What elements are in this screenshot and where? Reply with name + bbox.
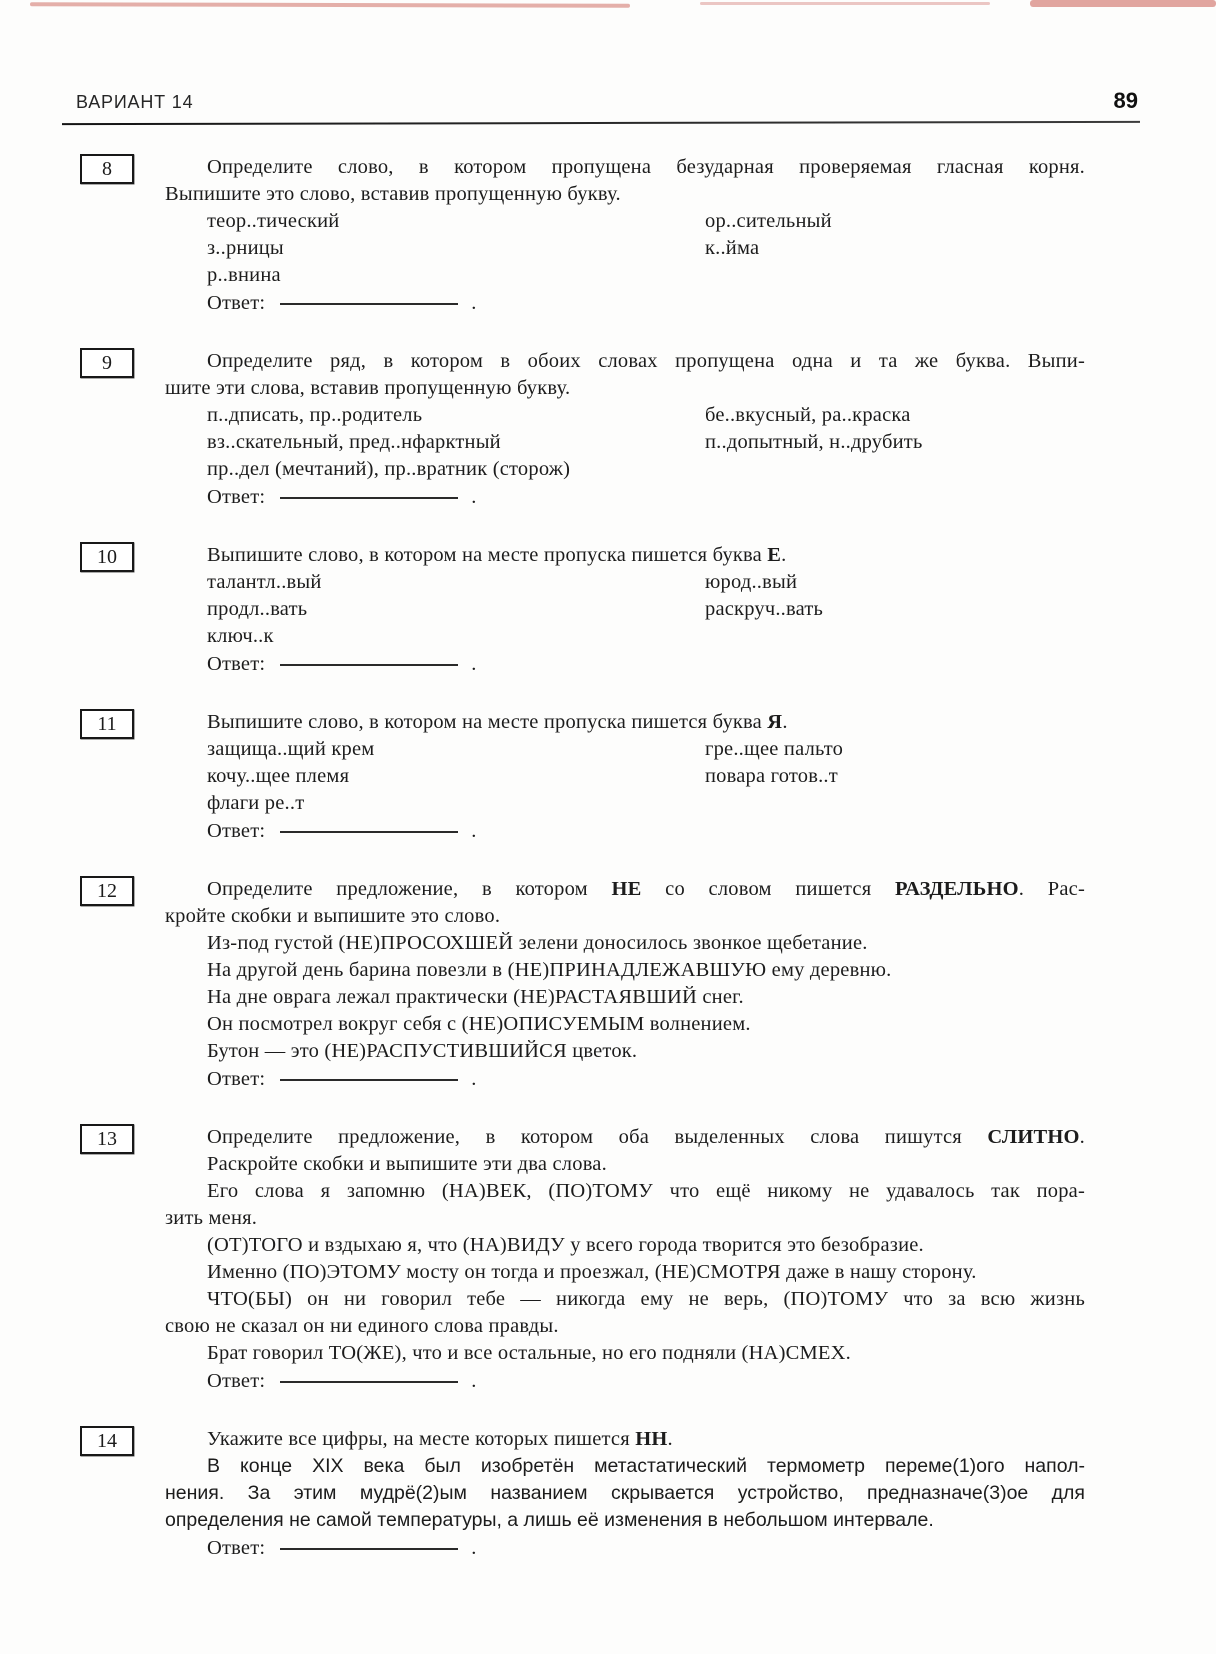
- page-header: ВАРИАНТ 14 89: [0, 0, 1216, 114]
- question-number: 9: [102, 352, 112, 375]
- answer-row: Ответ:.: [165, 651, 1085, 678]
- option-item: раскруч..вать: [705, 596, 1085, 623]
- option-item: пр..дел (мечтаний), пр..вратник (сторож): [207, 456, 705, 483]
- question-number-box: 12: [80, 876, 134, 906]
- question-number-cell: 11: [78, 709, 165, 845]
- prompt-line: Выпишите слово, в котором на месте пропу…: [165, 709, 1085, 736]
- sentence-line: нения. За этим мудрё(2)ым названием скры…: [165, 1480, 1085, 1507]
- exam-page: ВАРИАНТ 14 89 8 Определите слово, в кото…: [0, 0, 1216, 1654]
- prompt-line: Определите предложение, в котором оба вы…: [165, 1124, 1085, 1151]
- options-left: защища..щий кремкочу..щее племяфлаги ре.…: [207, 736, 705, 817]
- options-columns: теор..тическийз..рницыр..внинаор..ситель…: [165, 208, 1085, 289]
- question-number-cell: 12: [78, 876, 165, 1093]
- option-item: продл..вать: [207, 596, 705, 623]
- answer-blank: [280, 1548, 458, 1550]
- question-number: 13: [97, 1128, 117, 1151]
- answer-label: Ответ:: [207, 820, 265, 842]
- options-left: теор..тическийз..рницыр..внина: [207, 208, 705, 289]
- answer-period: .: [471, 486, 476, 508]
- sentence-line: свою не сказал он ни единого слова правд…: [165, 1313, 1085, 1340]
- options-right: гре..щее пальтоповара готов..т: [705, 736, 1085, 817]
- question-body: Выпишите слово, в котором на месте пропу…: [165, 709, 1085, 845]
- answer-row: Ответ:.: [165, 484, 1085, 511]
- variant-label: ВАРИАНТ 14: [76, 92, 193, 113]
- question-block: 8 Определите слово, в котором пропущена …: [78, 154, 1085, 317]
- prompt-line: Раскройте скобки и выпишите эти два слов…: [165, 1151, 1085, 1178]
- options-right: бе..вкусный, ра..краскап..допытный, н..д…: [705, 402, 1085, 483]
- option-item: к..йма: [705, 235, 1085, 262]
- answer-row: Ответ:.: [165, 1066, 1085, 1093]
- options-left: п..дписать, пр..родительвз..скательный, …: [207, 402, 705, 483]
- answer-period: .: [471, 820, 476, 842]
- answer-label: Ответ:: [207, 292, 265, 314]
- option-item: з..рницы: [207, 235, 705, 262]
- question-body: Укажите все цифры, на месте которых пише…: [165, 1426, 1085, 1562]
- question-block: 14 Укажите все цифры, на месте которых п…: [78, 1426, 1085, 1562]
- question-number-cell: 14: [78, 1426, 165, 1562]
- answer-period: .: [471, 1370, 476, 1392]
- option-item: ключ..к: [207, 623, 705, 650]
- question-block: 13 Определите предложение, в котором оба…: [78, 1124, 1085, 1395]
- option-item: бе..вкусный, ра..краска: [705, 402, 1085, 429]
- prompt-line: шите эти слова, вставив пропущенную букв…: [165, 375, 1085, 402]
- answer-row: Ответ:.: [165, 818, 1085, 845]
- options-right: юрод..выйраскруч..вать: [705, 569, 1085, 650]
- prompt-line: Определите предложение, в котором НЕ со …: [165, 876, 1085, 903]
- question-number-cell: 10: [78, 542, 165, 678]
- question-body: Определите ряд, в котором в обоих словах…: [165, 348, 1085, 511]
- option-item: повара готов..т: [705, 763, 1085, 790]
- answer-blank: [280, 831, 458, 833]
- answer-label: Ответ:: [207, 1068, 265, 1090]
- question-number-cell: 8: [78, 154, 165, 317]
- answer-label: Ответ:: [207, 1370, 265, 1392]
- question-number-box: 14: [80, 1426, 134, 1456]
- answer-period: .: [471, 1537, 476, 1559]
- answer-row: Ответ:.: [165, 290, 1085, 317]
- option-item: защища..щий крем: [207, 736, 705, 763]
- option-item: р..внина: [207, 262, 705, 289]
- answer-blank: [280, 497, 458, 499]
- options-left: талантл..выйпродл..ватьключ..к: [207, 569, 705, 650]
- answer-period: .: [471, 653, 476, 675]
- question-number: 11: [97, 713, 116, 736]
- page-number: 89: [1114, 88, 1138, 114]
- option-item: кочу..щее племя: [207, 763, 705, 790]
- answer-label: Ответ:: [207, 653, 265, 675]
- sentence-line: На дне оврага лежал практически (НЕ)РАСТ…: [165, 984, 1085, 1011]
- options-columns: п..дписать, пр..родительвз..скательный, …: [165, 402, 1085, 483]
- question-number-cell: 9: [78, 348, 165, 511]
- question-body: Определите слово, в котором пропущена бе…: [165, 154, 1085, 317]
- question-number-cell: 13: [78, 1124, 165, 1395]
- options-columns: защища..щий кремкочу..щее племяфлаги ре.…: [165, 736, 1085, 817]
- sentence-line: На другой день барина повезли в (НЕ)ПРИН…: [165, 957, 1085, 984]
- prompt-line: Определите ряд, в котором в обоих словах…: [165, 348, 1085, 375]
- option-item: талантл..вый: [207, 569, 705, 596]
- prompt-line: Выпишите слово, в котором на месте пропу…: [165, 542, 1085, 569]
- question-number-box: 8: [80, 154, 134, 184]
- question-number: 12: [97, 880, 117, 903]
- option-item: ор..сительный: [705, 208, 1085, 235]
- question-number-box: 9: [80, 348, 134, 378]
- sentence-line: Из-под густой (НЕ)ПРОСОХШЕЙ зелени донос…: [165, 930, 1085, 957]
- sentence-line: В конце XIX века был изобретён метастати…: [165, 1453, 1085, 1480]
- question-body: Выпишите слово, в котором на месте пропу…: [165, 542, 1085, 678]
- answer-blank: [280, 303, 458, 305]
- questions-list: 8 Определите слово, в котором пропущена …: [0, 124, 1216, 1562]
- prompt-line: Определите слово, в котором пропущена бе…: [165, 154, 1085, 181]
- answer-blank: [280, 1079, 458, 1081]
- option-item: гре..щее пальто: [705, 736, 1085, 763]
- answer-label: Ответ:: [207, 1537, 265, 1559]
- sentence-line: Именно (ПО)ЭТОМУ мосту он тогда и проезж…: [165, 1259, 1085, 1286]
- option-item: флаги ре..т: [207, 790, 705, 817]
- prompt-line: Выпишите это слово, вставив пропущенную …: [165, 181, 1085, 208]
- question-number: 10: [97, 546, 117, 569]
- sentence-line: (ОТ)ТОГО и вздыхаю я, что (НА)ВИДУ у все…: [165, 1232, 1085, 1259]
- question-block: 11 Выпишите слово, в котором на месте пр…: [78, 709, 1085, 845]
- sentence-line: Он посмотрел вокруг себя с (НЕ)ОПИСУЕМЫМ…: [165, 1011, 1085, 1038]
- sentence-line: определения не самой температуры, а лишь…: [165, 1507, 1085, 1534]
- question-number-box: 11: [80, 709, 134, 739]
- options-right: ор..сительныйк..йма: [705, 208, 1085, 289]
- answer-blank: [280, 664, 458, 666]
- sentence-line: зить меня.: [165, 1205, 1085, 1232]
- question-number-box: 10: [80, 542, 134, 572]
- sentence-line: ЧТО(БЫ) он ни говорил тебе — никогда ему…: [165, 1286, 1085, 1313]
- answer-label: Ответ:: [207, 486, 265, 508]
- option-item: теор..тический: [207, 208, 705, 235]
- sentence-line: Его слова я запомню (НА)ВЕК, (ПО)ТОМУ чт…: [165, 1178, 1085, 1205]
- answer-row: Ответ:.: [165, 1535, 1085, 1562]
- sentence-line: Бутон — это (НЕ)РАСПУСТИВШИЙСЯ цветок.: [165, 1038, 1085, 1065]
- question-number-box: 13: [80, 1124, 134, 1154]
- answer-period: .: [471, 292, 476, 314]
- answer-blank: [280, 1381, 458, 1383]
- option-item: п..дписать, пр..родитель: [207, 402, 705, 429]
- option-item: вз..скательный, пред..нфарктный: [207, 429, 705, 456]
- answer-row: Ответ:.: [165, 1368, 1085, 1395]
- answer-period: .: [471, 1068, 476, 1090]
- red-pen-mark: [1030, 0, 1216, 7]
- red-pen-mark: [700, 2, 990, 5]
- option-item: п..допытный, н..друбить: [705, 429, 1085, 456]
- option-item: юрод..вый: [705, 569, 1085, 596]
- prompt-line: Укажите все цифры, на месте которых пише…: [165, 1426, 1085, 1453]
- sentence-line: Брат говорил ТО(ЖЕ), что и все остальные…: [165, 1340, 1085, 1367]
- question-block: 12 Определите предложение, в котором НЕ …: [78, 876, 1085, 1093]
- question-number: 14: [97, 1430, 117, 1453]
- question-body: Определите предложение, в котором оба вы…: [165, 1124, 1085, 1395]
- options-columns: талантл..выйпродл..ватьключ..кюрод..выйр…: [165, 569, 1085, 650]
- question-block: 10 Выпишите слово, в котором на месте пр…: [78, 542, 1085, 678]
- question-body: Определите предложение, в котором НЕ со …: [165, 876, 1085, 1093]
- prompt-line: кройте скобки и выпишите это слово.: [165, 903, 1085, 930]
- question-number: 8: [102, 158, 112, 181]
- question-block: 9 Определите ряд, в котором в обоих слов…: [78, 348, 1085, 511]
